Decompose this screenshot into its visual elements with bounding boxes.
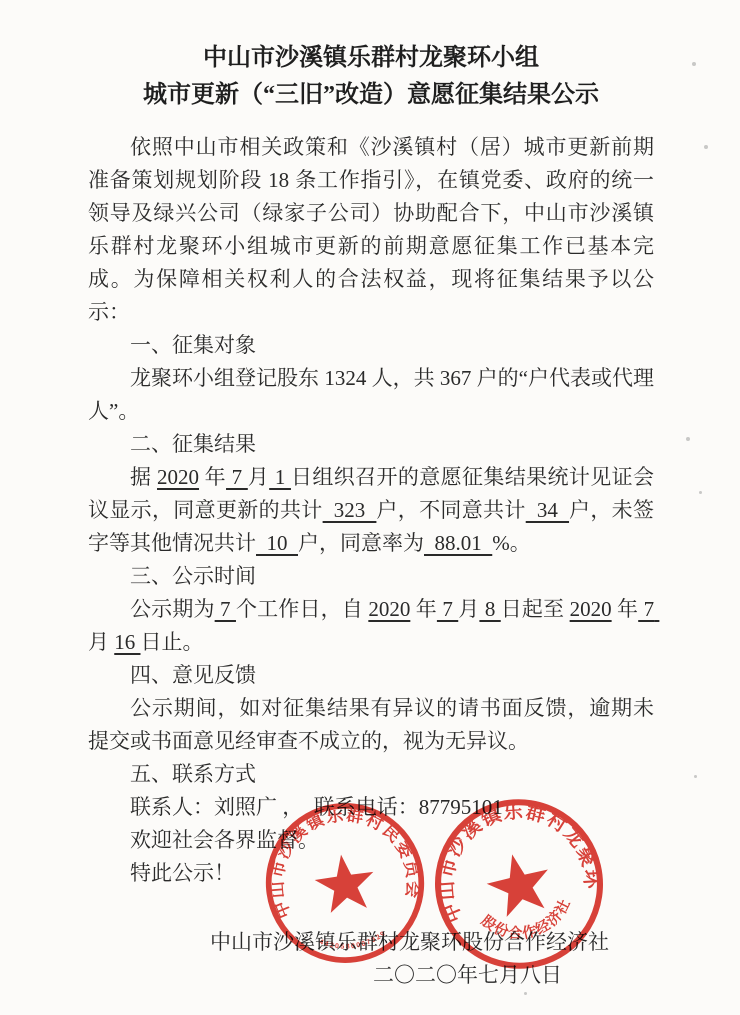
text-run: 7	[638, 597, 659, 621]
section1-heading: 一、征集对象	[88, 329, 654, 362]
text-run: 7	[226, 465, 248, 489]
text-run: 户，不同意共计	[376, 498, 525, 522]
text-run: 日止。	[141, 630, 204, 654]
section2-paragraph: 据 2020 年 7 月 1 日组织召开的意愿征集结果统计见证会议显示，同意更新…	[88, 461, 654, 560]
text-run: 日起至	[501, 597, 570, 621]
text-run: %。	[492, 531, 531, 555]
scanned-notice-page: 中山市沙溪镇乐群村龙聚环小组 城市更新（“三旧”改造）意愿征集结果公示 依照中山…	[0, 0, 740, 1015]
section2-heading: 二、征集结果	[88, 428, 654, 461]
text-run: 1	[269, 465, 291, 489]
text-run: 公示期为	[130, 597, 215, 621]
text-run: 年	[612, 597, 639, 621]
text-run: 年	[410, 597, 437, 621]
text-run: 月	[458, 597, 479, 621]
section3-heading: 三、公示时间	[88, 560, 654, 593]
text-run: 龙聚环小组登记股东 1324 人，共 367 户的“户代表或代理人”。	[88, 366, 654, 423]
text-run: 10	[256, 531, 298, 555]
section1-paragraph: 龙聚环小组登记股东 1324 人，共 367 户的“户代表或代理人”。	[88, 362, 654, 428]
text-run: 2020	[368, 597, 410, 621]
intro-paragraph: 依照中山市相关政策和《沙溪镇村（居）城市更新前期准备策划规划阶段 18 条工作指…	[88, 131, 654, 329]
text-run: 88.01	[424, 531, 492, 555]
red-star-icon	[482, 847, 557, 919]
text-run: 16	[114, 630, 140, 654]
section3-paragraph: 公示期为 7 个工作日，自 2020 年 7 月 8 日起至 2020 年 7 …	[88, 593, 654, 659]
text-run: 2020	[157, 465, 199, 489]
text-run: 323	[323, 498, 377, 522]
text-run: 个工作日，自	[236, 597, 368, 621]
scan-speck	[699, 491, 702, 494]
scan-speck	[694, 775, 697, 778]
document-title-line2: 城市更新（“三旧”改造）意愿征集结果公示	[88, 77, 654, 114]
document-title-line1: 中山市沙溪镇乐群村龙聚环小组	[88, 40, 654, 77]
text-run: 年	[199, 465, 226, 489]
section4-heading: 四、意见反馈	[88, 659, 654, 692]
scan-speck	[704, 145, 708, 149]
official-seal-village-committee: 中山市沙溪镇乐群村民委员会 4420580007929	[252, 790, 437, 975]
text-run: 公示期间，如对征集结果有异议的请书面反馈，逾期未提交或书面意见经审查不成立的，视…	[88, 696, 654, 753]
text-run: 7	[215, 597, 236, 621]
scan-speck	[686, 437, 690, 441]
signature-date: 二〇二〇年七月八日	[88, 959, 654, 992]
seal-left-graphic: 中山市沙溪镇乐群村民委员会 4420580007929	[252, 790, 437, 975]
section4-paragraph: 公示期间，如对征集结果有异议的请书面反馈，逾期未提交或书面意见经审查不成立的，视…	[88, 692, 654, 758]
scan-speck	[524, 992, 527, 995]
red-star-icon	[312, 850, 378, 914]
text-run: 34	[526, 498, 569, 522]
scan-speck	[692, 62, 696, 66]
text-run: 据	[130, 465, 157, 489]
document-text: 依照中山市相关政策和《沙溪镇村（居）城市更新前期准备策划规划阶段 18 条工作指…	[88, 131, 654, 890]
text-run: 月	[248, 465, 269, 489]
text-run: 2020	[570, 597, 612, 621]
text-run: 7	[437, 597, 458, 621]
text-run: 户，同意率为	[298, 531, 424, 555]
text-run: 依照中山市相关政策和《沙溪镇村（居）城市更新前期准备策划规划阶段 18 条工作指…	[88, 135, 654, 324]
text-run: 月	[88, 630, 114, 654]
text-run: 8	[479, 597, 500, 621]
